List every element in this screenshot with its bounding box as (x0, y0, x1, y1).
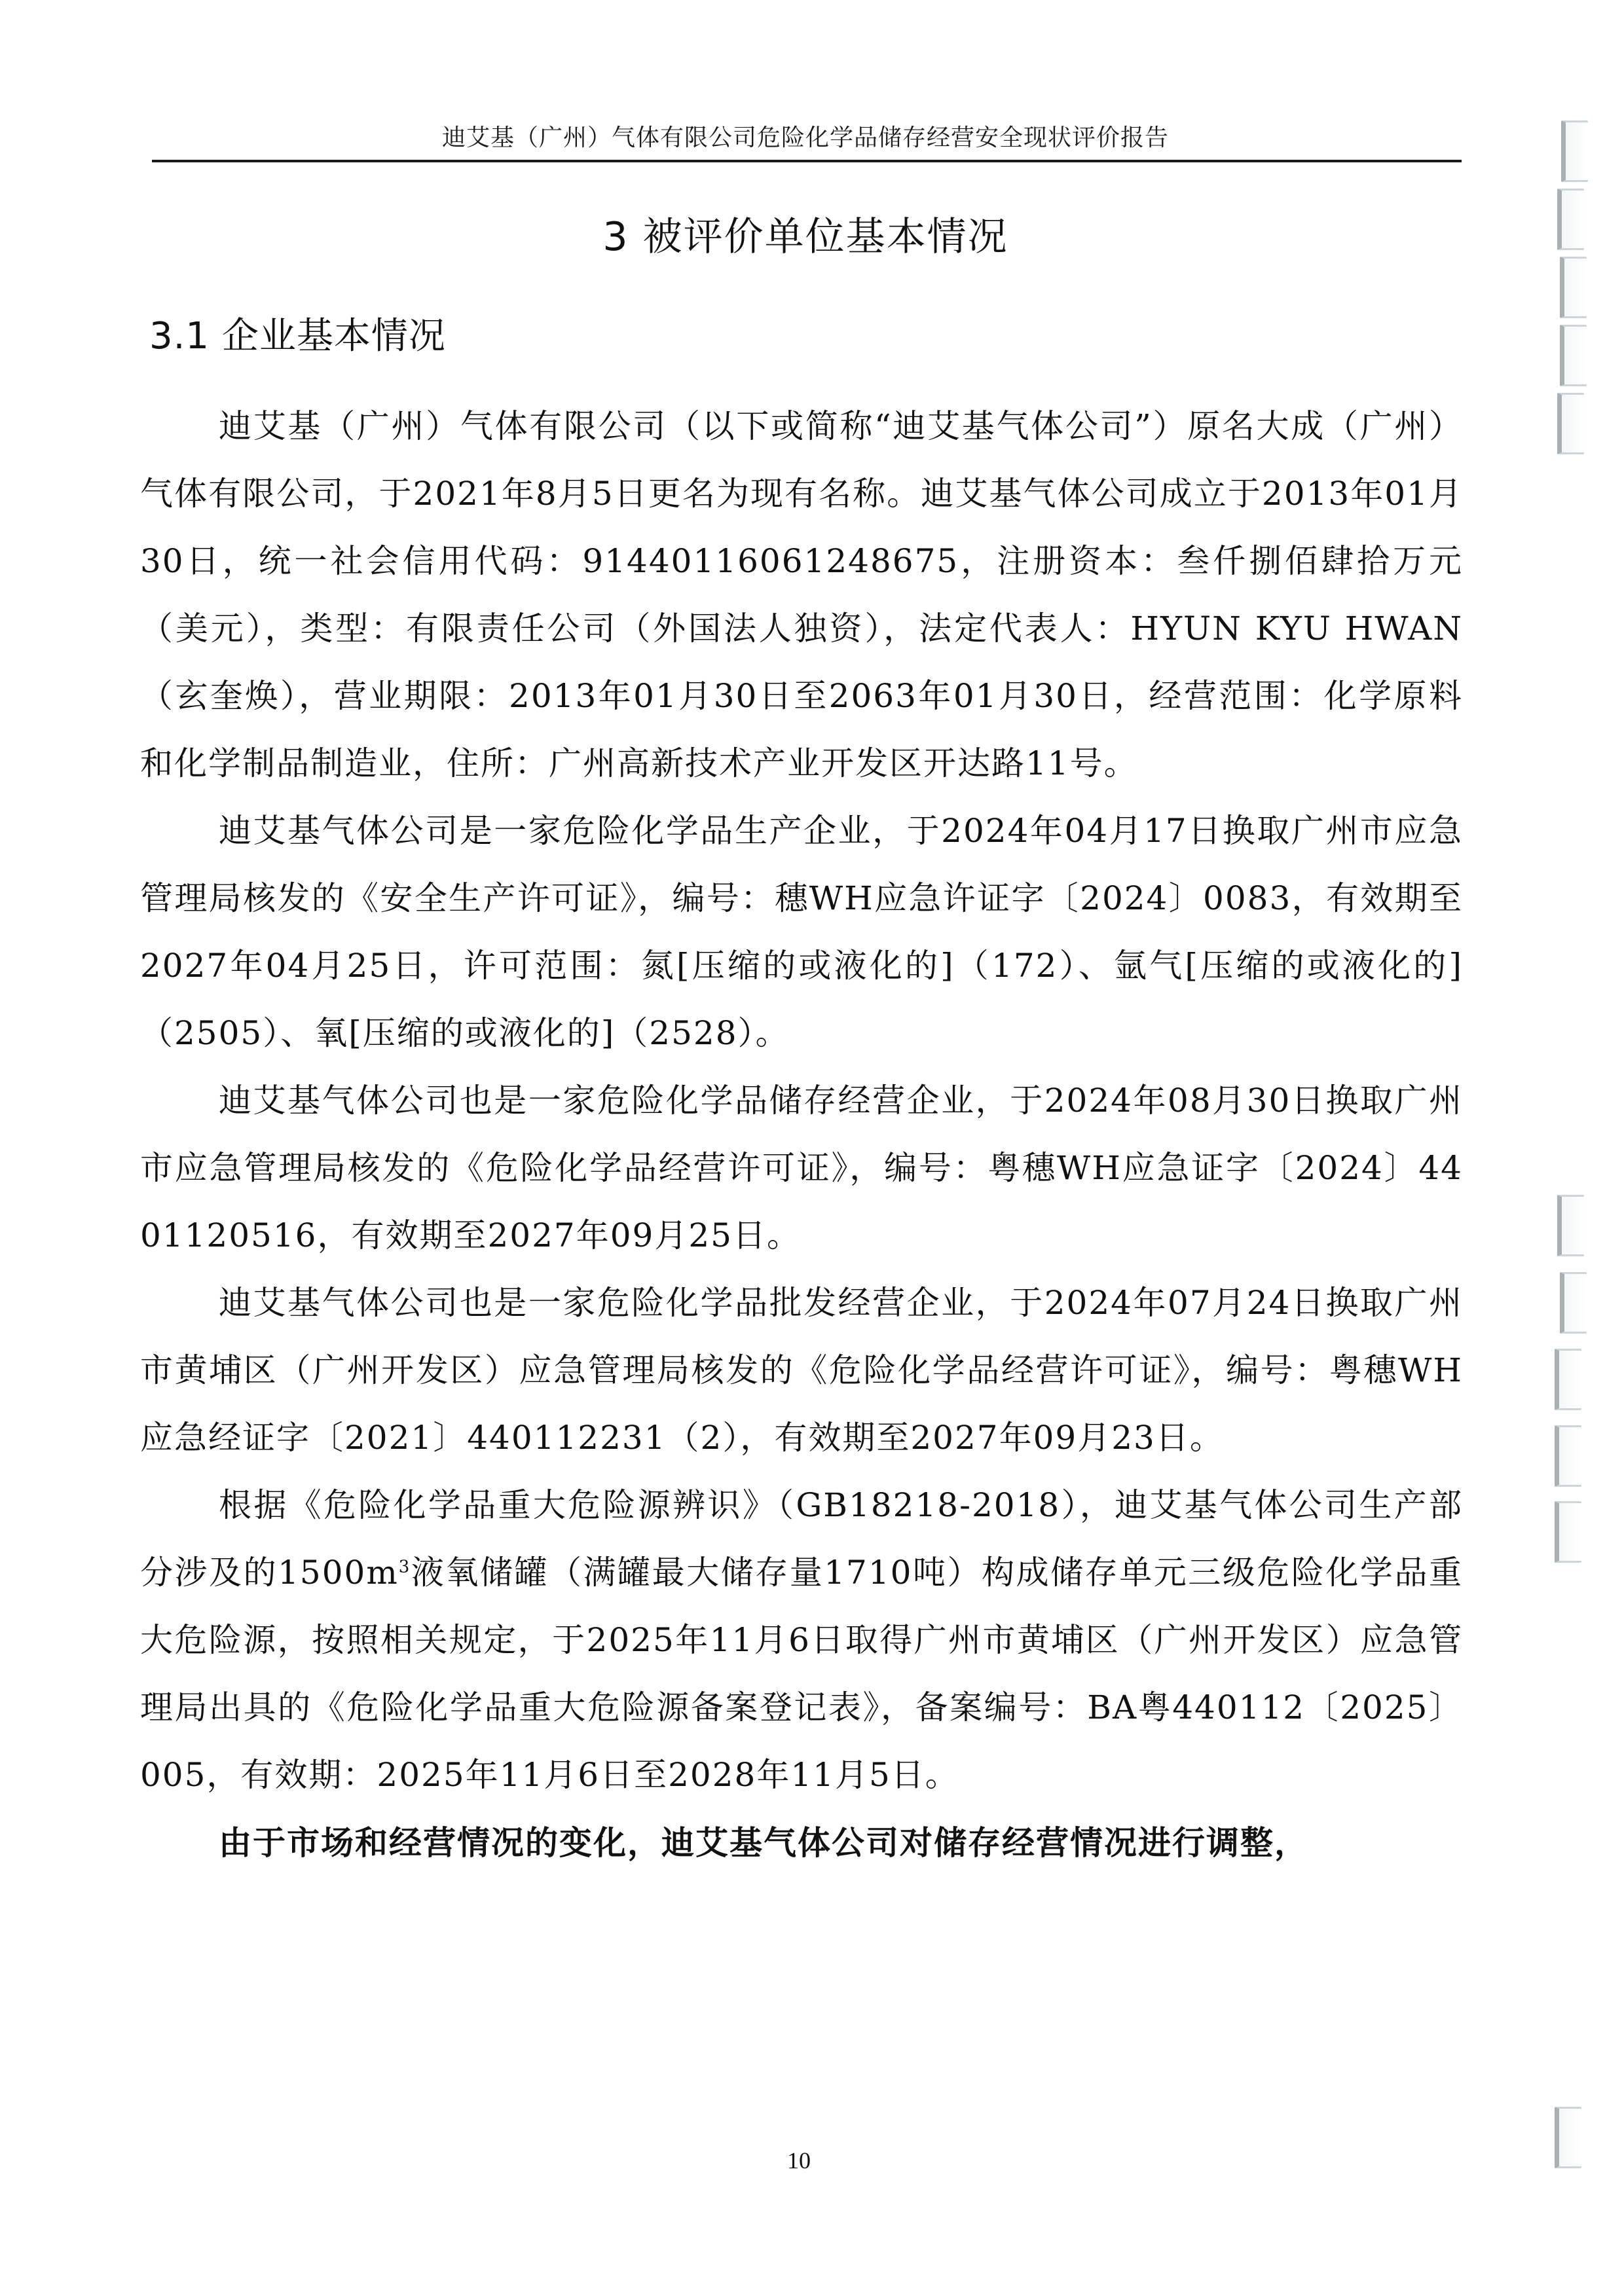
binding-hole-mark (1555, 1501, 1581, 1563)
binding-hole-mark (1557, 393, 1584, 454)
paragraph-wholesale-license: 迪艾基气体公司也是一家危险化学品批发经营企业，于2024年07月24日换取广州市… (140, 1269, 1463, 1472)
chapter-title: 3 被评价单位基本情况 (151, 211, 1460, 263)
cubic-superscript: 3 (399, 1557, 411, 1576)
binding-hole-mark (1560, 1272, 1587, 1334)
binding-hole-mark (1561, 120, 1588, 182)
header-divider (152, 160, 1462, 162)
binding-hole-mark (1555, 1425, 1581, 1487)
paragraph-company-info: 迪艾基（广州）气体有限公司（以下或简称“迪艾基气体公司”）原名大成（广州）气体有… (140, 393, 1463, 797)
binding-hole-mark (1555, 1349, 1581, 1410)
binding-hole-mark (1557, 189, 1584, 250)
paragraph-storage-license: 迪艾基气体公司也是一家危险化学品储存经营企业，于2024年08月30日换取广州市… (140, 1067, 1463, 1269)
paragraph-adjustment-note: 由于市场和经营情况的变化，迪艾基气体公司对储存经营情况进行调整， (140, 1809, 1463, 1876)
paragraph-major-hazard: 根据《危险化学品重大危险源辨识》（GB18218-2018），迪艾基气体公司生产… (140, 1472, 1463, 1809)
body-text: 迪艾基（广州）气体有限公司（以下或简称“迪艾基气体公司”）原名大成（广州）气体有… (140, 393, 1463, 1876)
running-header: 迪艾基（广州）气体有限公司危险化学品储存经营安全现状评价报告 (151, 122, 1460, 155)
page-number: 10 (747, 2146, 851, 2175)
binding-hole-mark (1560, 325, 1587, 386)
binding-hole-mark (1557, 1195, 1584, 1256)
section-title: 3.1 企业基本情况 (149, 312, 446, 361)
binding-hole-mark (1555, 2107, 1581, 2168)
binding-hole-mark (1560, 257, 1587, 318)
paragraph-production-license: 迪艾基气体公司是一家危险化学品生产企业，于2024年04月17日换取广州市应急管… (140, 797, 1463, 1067)
